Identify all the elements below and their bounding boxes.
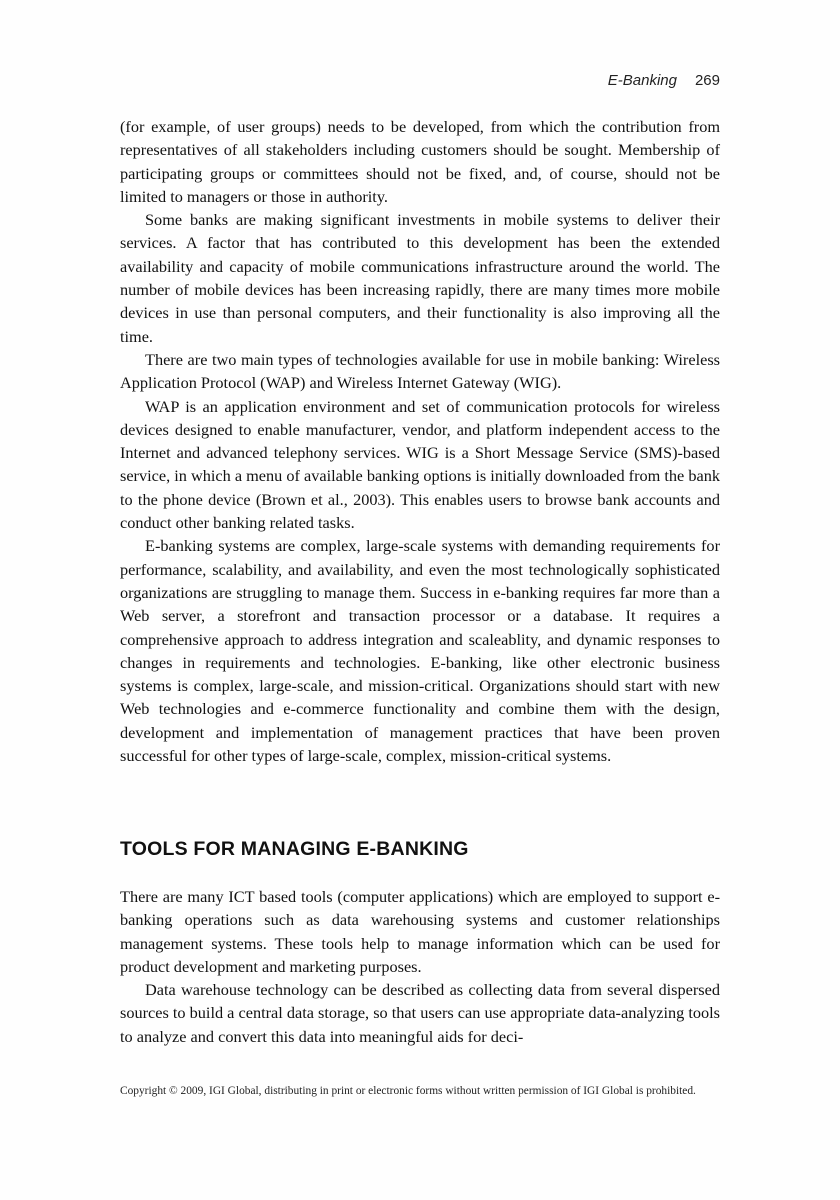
- document-page: E-Banking269 (for example, of user group…: [0, 0, 840, 1200]
- page-number: 269: [695, 72, 720, 89]
- paragraph-wap-wig: WAP is an application environment and se…: [120, 395, 720, 535]
- section-heading: TOOLS FOR MANAGING E-BANKING: [120, 838, 469, 861]
- running-head: E-Banking269: [120, 72, 720, 89]
- body-text-block-2: There are many ICT based tools (computer…: [120, 885, 720, 1048]
- body-text-block-1: (for example, of user groups) needs to b…: [120, 115, 720, 767]
- paragraph-ict-tools: There are many ICT based tools (computer…: [120, 885, 720, 978]
- copyright-footer: Copyright © 2009, IGI Global, distributi…: [120, 1084, 720, 1099]
- paragraph-data-warehouse: Data warehouse technology can be describ…: [120, 978, 720, 1048]
- paragraph-mobile-technologies: There are two main types of technologies…: [120, 348, 720, 395]
- paragraph-ebanking-systems: E-banking systems are complex, large-sca…: [120, 534, 720, 767]
- paragraph-mobile-investment: Some banks are making significant invest…: [120, 208, 720, 348]
- paragraph-continuation: (for example, of user groups) needs to b…: [120, 115, 720, 208]
- running-head-title: E-Banking: [608, 72, 677, 89]
